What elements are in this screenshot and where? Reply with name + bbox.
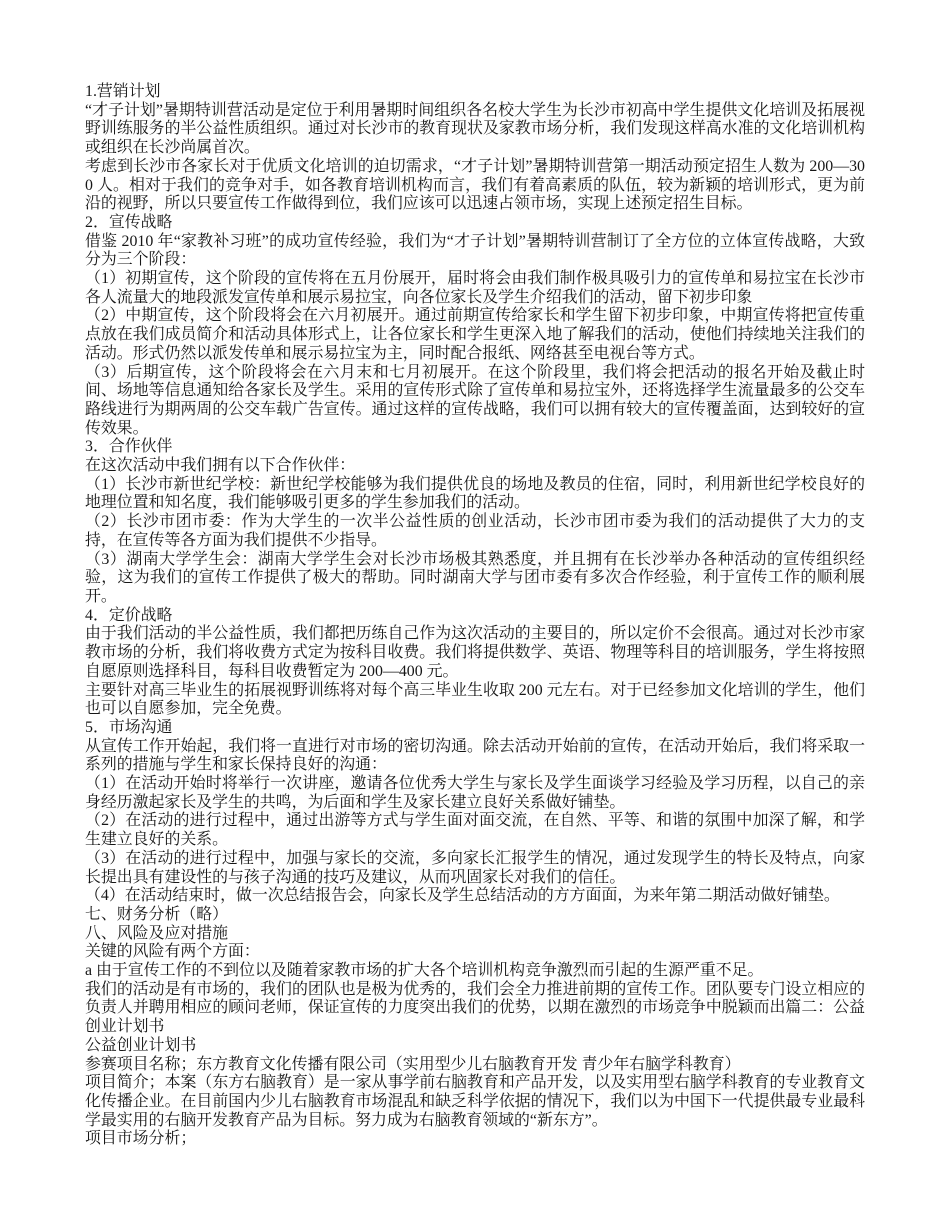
section-heading: 4．定价战略 <box>85 607 865 626</box>
section-heading: 2．宣传战略 <box>85 214 865 233</box>
paragraph: （2）在活动的进行过程中，通过出游等方式与学生面对面交流，在自然、平等、和谐的氛… <box>85 812 865 849</box>
paragraph: 项目简介；本案（东方右脑教育）是一家从事学前右脑教育和产品开发，以及实用型右脑学… <box>85 1074 865 1130</box>
paragraph: 从宣传工作开始起，我们将一直进行对市场的密切沟通。除去活动开始前的宣传，在活动开… <box>85 738 865 775</box>
paragraph: （1）在活动开始时将举行一次讲座，邀请各位优秀大学生与家长及学生面谈学习经验及学… <box>85 775 865 812</box>
section-heading: 3．合作伙伴 <box>85 438 865 457</box>
paragraph: 公益创业计划书 <box>85 1037 865 1056</box>
paragraph: （3）后期宣传，这个阶段将会在六月末和七月初展开。在这个阶段里，我们将会把活动的… <box>85 364 865 439</box>
paragraph: （1）初期宣传，这个阶段的宣传将在五月份展开，届时将会由我们制作极具吸引力的宣传… <box>85 270 865 307</box>
paragraph: （3）湖南大学学生会：湖南大学学生会对长沙市场极其熟悉度，并且拥有在长沙举办各种… <box>85 551 865 607</box>
paragraph: 主要针对高三毕业生的拓展视野训练将对每个高三毕业生收取 200 元左右。对于已经… <box>85 682 865 719</box>
paragraph: a 由于宣传工作的不到位以及随着家教市场的扩大各个培训机构竞争激烈而引起的生源严… <box>85 962 865 981</box>
paragraph: 借鉴 2010 年“家教补习班”的成功宣传经验，我们为“才子计划”暑期特训营制订… <box>85 233 865 270</box>
paragraph: （2）长沙市团市委：作为大学生的一次半公益性质的创业活动，长沙市团市委为我们的活… <box>85 513 865 550</box>
paragraph: （4）在活动结束时，做一次总结报告会，向家长及学生总结活动的方方面面，为来年第二… <box>85 887 865 906</box>
paragraph: （1）长沙市新世纪学校：新世纪学校能够为我们提供优良的场地及教员的住宿，同时，利… <box>85 476 865 513</box>
section-heading: 1.营销计划 <box>85 83 865 102</box>
document-page: 1.营销计划“才子计划”暑期特训营活动是定位于利用暑期时间组织各名校大学生为长沙… <box>0 0 950 1230</box>
paragraph: 在这次活动中我们拥有以下合作伙伴： <box>85 457 865 476</box>
paragraph: 考虑到长沙市各家长对于优质文化培训的迫切需求，“才子计划”暑期特训营第一期活动预… <box>85 158 865 214</box>
section-heading: 七、财务分析（略） <box>85 906 865 925</box>
document-content: 1.营销计划“才子计划”暑期特训营活动是定位于利用暑期时间组织各名校大学生为长沙… <box>85 83 865 1149</box>
paragraph: “才子计划”暑期特训营活动是定位于利用暑期时间组织各名校大学生为长沙市初高中学生… <box>85 102 865 158</box>
paragraph: 参赛项目名称；东方教育文化传播有限公司（实用型少儿右脑教育开发 青少年右脑学科教… <box>85 1056 865 1075</box>
paragraph: 我们的活动是有市场的，我们的团队也是极为优秀的，我们会全力推进前期的宣传工作。团… <box>85 981 865 1037</box>
paragraph: 由于我们活动的半公益性质，我们都把历练自己作为这次活动的主要目的，所以定价不会很… <box>85 625 865 681</box>
section-heading: 八、风险及应对措施 <box>85 925 865 944</box>
paragraph: 关键的风险有两个方面： <box>85 943 865 962</box>
paragraph: （2）中期宣传，这个阶段将会在六月初展开。通过前期宣传给家长和学生留下初步印象，… <box>85 307 865 363</box>
section-heading: 5．市场沟通 <box>85 719 865 738</box>
paragraph: （3）在活动的进行过程中，加强与家长的交流，多向家长汇报学生的情况，通过发现学生… <box>85 850 865 887</box>
paragraph: 项目市场分析； <box>85 1130 865 1149</box>
